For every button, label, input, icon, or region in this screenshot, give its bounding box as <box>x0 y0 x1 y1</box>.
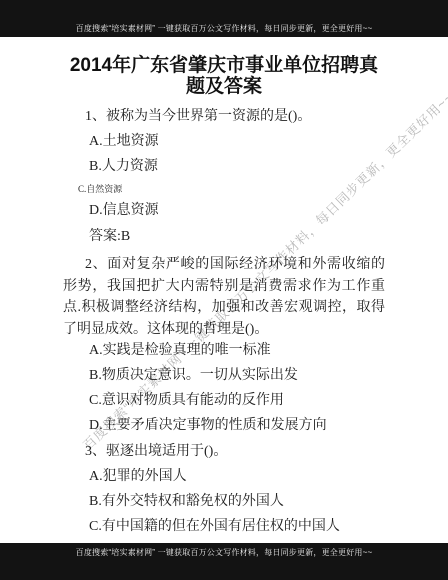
question-3-option-c: C.有中国籍的但在外国有居住权的中国人 <box>89 518 385 536</box>
question-1-option-c: C.自然资源 <box>78 183 385 195</box>
document-content: 2014年广东省肇庆市事业单位招聘真题及答案 1、被称为当今世界第一资源的是()… <box>63 37 385 536</box>
question-2-option-c: C.意识对物质具有能动的反作用 <box>89 392 385 410</box>
question-3: 3、驱逐出境适用于()。 A.犯罪的外国人 B.有外交特权和豁免权的外国人 C.… <box>63 443 385 536</box>
question-2: 2、面对复杂严峻的国际经济环境和外需收缩的形势，我国把扩大内需特别是消费需求作为… <box>63 254 385 435</box>
question-1-answer: 答案:B <box>89 228 385 246</box>
question-1-option-a: A.土地资源 <box>89 133 385 151</box>
question-2-option-d: D.主要矛盾决定事物的性质和发展方向 <box>89 417 385 435</box>
question-2-stem: 2、面对复杂严峻的国际经济环境和外需收缩的形势，我国把扩大内需特别是消费需求作为… <box>63 254 385 340</box>
exam-document-page: 百度搜索“培实素材网” 一键获取百万公文写作材料，每日同步更新，更全更好用~~ … <box>0 0 448 580</box>
top-promo-banner-text: 百度搜索“培实素材网” 一键获取百万公文写作材料，每日同步更新，更全更好用~~ <box>76 24 373 33</box>
question-1: 1、被称为当今世界第一资源的是()。 A.土地资源 B.人力资源 C.自然资源 … <box>63 108 385 246</box>
bottom-promo-banner: 百度搜索“培实素材网” 一键获取百万公文写作材料，每日同步更新，更全更好用~~ <box>0 543 448 580</box>
question-1-option-b: B.人力资源 <box>89 158 385 176</box>
page-title: 2014年广东省肇庆市事业单位招聘真题及答案 <box>63 55 385 97</box>
question-3-stem: 3、驱逐出境适用于()。 <box>63 443 385 461</box>
top-promo-banner: 百度搜索“培实素材网” 一键获取百万公文写作材料，每日同步更新，更全更好用~~ <box>0 0 448 37</box>
question-3-option-a: A.犯罪的外国人 <box>89 468 385 486</box>
question-1-option-d: D.信息资源 <box>89 202 385 220</box>
question-2-option-b: B.物质决定意识。一切从实际出发 <box>89 367 385 385</box>
question-2-option-a: A.实践是检验真理的唯一标准 <box>89 342 385 360</box>
question-1-stem: 1、被称为当今世界第一资源的是()。 <box>63 108 385 126</box>
question-3-option-b: B.有外交特权和豁免权的外国人 <box>89 493 385 511</box>
bottom-promo-banner-text: 百度搜索“培实素材网” 一键获取百万公文写作材料，每日同步更新，更全更好用~~ <box>76 548 373 557</box>
